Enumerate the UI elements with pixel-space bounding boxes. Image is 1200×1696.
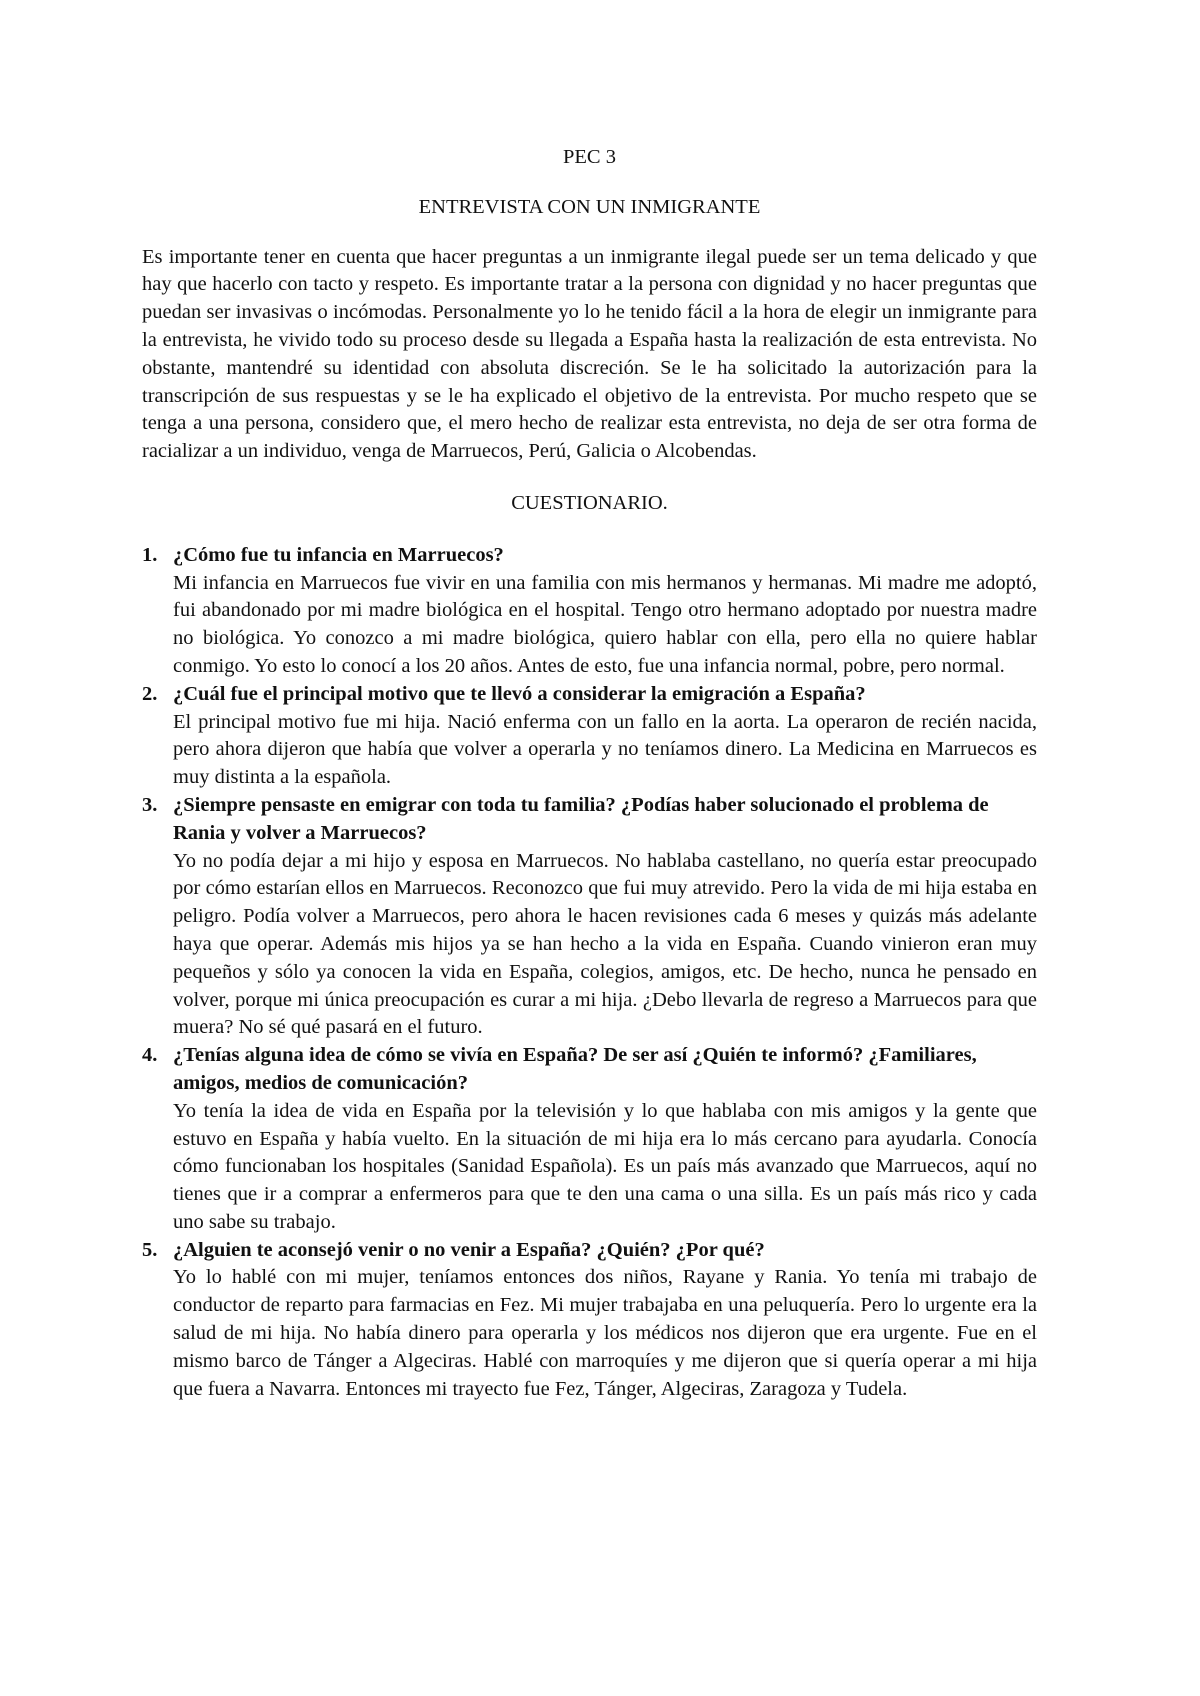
- document-title: PEC 3: [142, 144, 1037, 172]
- document-page: PEC 3 ENTREVISTA CON UN INMIGRANTE Es im…: [142, 144, 1037, 1403]
- question-number: 2.: [142, 681, 157, 709]
- question-text: ¿Tenías alguna idea de cómo se vivía en …: [173, 1042, 1037, 1098]
- question-text: ¿Cómo fue tu infancia en Marruecos?: [173, 542, 1037, 570]
- question-number: 5.: [142, 1237, 157, 1265]
- answer-text: Yo tenía la idea de vida en España por l…: [173, 1098, 1037, 1237]
- question-number: 1.: [142, 542, 157, 570]
- section-title: CUESTIONARIO.: [142, 490, 1037, 518]
- intro-paragraph: Es importante tener en cuenta que hacer …: [142, 244, 1037, 466]
- question-number: 3.: [142, 792, 157, 820]
- question-text: ¿Siempre pensaste en emigrar con toda tu…: [173, 792, 1037, 848]
- question-text: ¿Cuál fue el principal motivo que te lle…: [173, 681, 1037, 709]
- document-subtitle: ENTREVISTA CON UN INMIGRANTE: [142, 194, 1037, 222]
- question-item: 1. ¿Cómo fue tu infancia en Marruecos? M…: [142, 542, 1037, 681]
- answer-text: Yo no podía dejar a mi hijo y esposa en …: [173, 848, 1037, 1043]
- question-item: 2. ¿Cuál fue el principal motivo que te …: [142, 681, 1037, 792]
- question-text: ¿Alguien te aconsejó venir o no venir a …: [173, 1237, 1037, 1265]
- question-item: 4. ¿Tenías alguna idea de cómo se vivía …: [142, 1042, 1037, 1237]
- question-item: 5. ¿Alguien te aconsejó venir o no venir…: [142, 1237, 1037, 1404]
- questionnaire-list: 1. ¿Cómo fue tu infancia en Marruecos? M…: [142, 542, 1037, 1404]
- answer-text: Mi infancia en Marruecos fue vivir en un…: [173, 570, 1037, 681]
- question-number: 4.: [142, 1042, 157, 1070]
- answer-text: Yo lo hablé con mi mujer, teníamos enton…: [173, 1264, 1037, 1403]
- question-item: 3. ¿Siempre pensaste en emigrar con toda…: [142, 792, 1037, 1042]
- answer-text: El principal motivo fue mi hija. Nació e…: [173, 709, 1037, 792]
